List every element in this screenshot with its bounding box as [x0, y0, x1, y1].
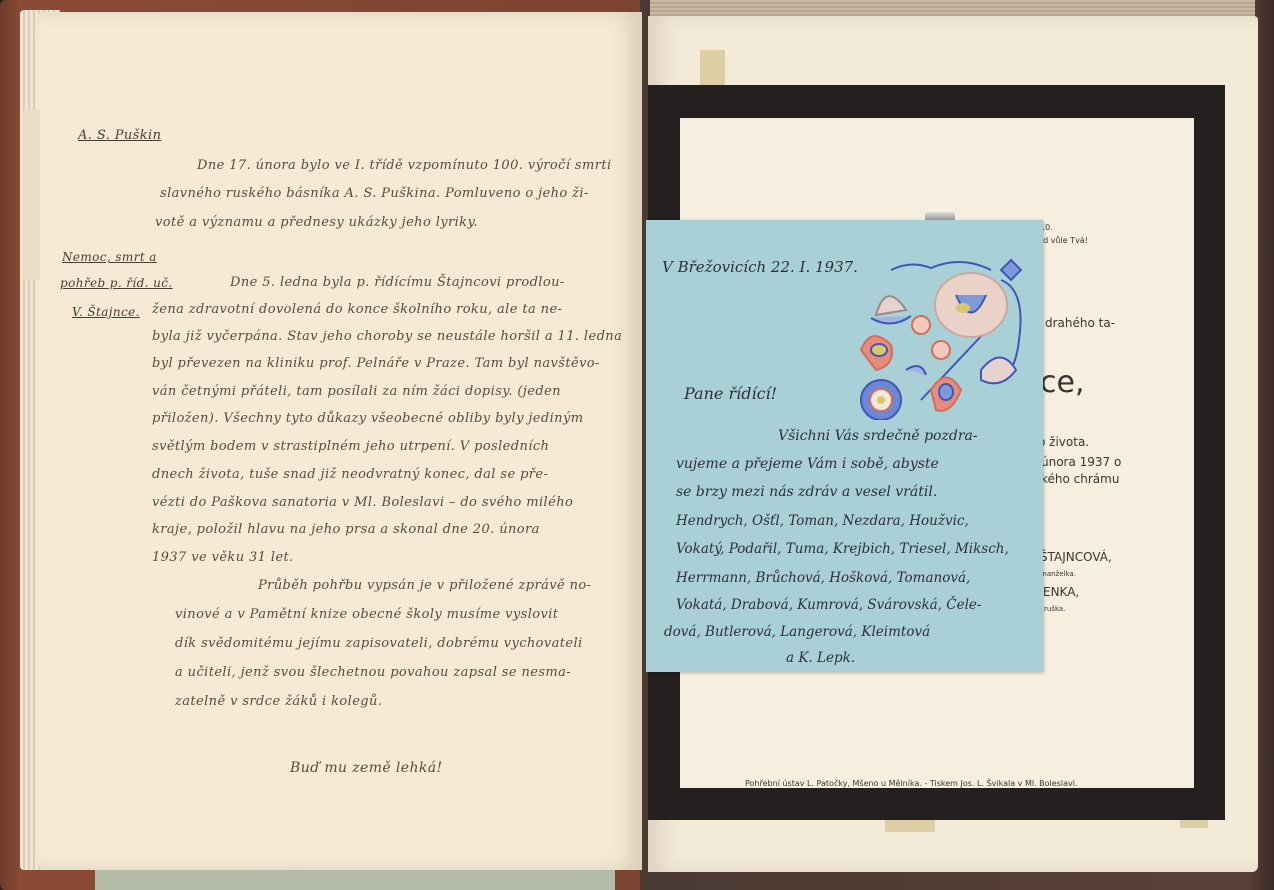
- letter-body-line: vujeme a přejeme Vám i sobě, abyste: [676, 456, 939, 472]
- obituary-fragment: ud vůle Tvá!: [1038, 236, 1088, 245]
- letter-salutation: Pane řídící!: [684, 384, 777, 403]
- obituary-fragment: ENKA,: [1043, 585, 1079, 599]
- paragraph1-line: votě a významu a přednesy ukázky jeho ly…: [155, 215, 478, 230]
- letter-body-line: se brzy mezi nás zdráv a vesel vrátil.: [676, 484, 937, 500]
- inserted-paper-edge: [95, 870, 615, 890]
- tape-strip: [700, 50, 725, 86]
- signature-line: a K. Lepk.: [786, 650, 855, 666]
- paragraph3-line: vinové a v Pamětní knize obecné školy mu…: [175, 607, 558, 622]
- letter-body-line: Všichni Vás srdečně pozdra-: [778, 428, 978, 444]
- margin-note-line: V. Štajnce.: [72, 305, 140, 319]
- obituary-fragment: o života.: [1038, 435, 1089, 449]
- paragraph2-line: byl převezen na kliniku prof. Pelnáře v …: [152, 356, 600, 371]
- paragraph2-line: vézti do Paškova sanatoria v Ml. Bolesla…: [152, 495, 573, 510]
- obituary-fragment: ruška.: [1044, 605, 1065, 613]
- printer-credit: Pohřební ústav L. Patočky, Mšeno u Mělní…: [745, 779, 1077, 788]
- paragraph3-line: zatelně v srdce žáků i kolegů.: [175, 694, 382, 709]
- paragraph2-line: 1937 ve věku 31 let.: [152, 550, 294, 565]
- section-heading: A. S. Puškin: [78, 128, 161, 143]
- paragraph3-line: Průběh pohřbu vypsán je v přiložené zprá…: [258, 578, 591, 593]
- margin-note-line: Nemoc, smrt a: [62, 250, 157, 264]
- paragraph2-line: ván četnými přáteli, tam posílali za ním…: [152, 384, 561, 399]
- signature-line: dová, Butlerová, Langerová, Kleimtová: [664, 624, 930, 640]
- letter-place-date: V Břežovicích 22. I. 1937.: [662, 258, 858, 276]
- paragraph2-line: byla již vyčerpána. Stav jeho choroby se…: [152, 329, 622, 344]
- obituary-fragment: drahého ta-: [1045, 316, 1115, 330]
- get-well-letter: V Břežovicích 22. I. 1937. Pane řídící!: [646, 220, 1043, 672]
- paragraph1-line: Dne 17. února bylo ve I. třídě vzpomínut…: [197, 158, 612, 173]
- paragraph2-line: Dne 5. ledna byla p. řídícímu Štajncovi …: [230, 275, 565, 290]
- obituary-fragment: února 1937 o: [1041, 455, 1121, 469]
- margin-note-line: pohřeb p. říd. uč.: [60, 276, 173, 290]
- paragraph3-line: a učiteli, jenž svou šlechetnou povahou …: [175, 665, 571, 680]
- paragraph2-line: světlým bodem v strastiplném jeho utrpen…: [152, 439, 549, 454]
- signature-line: Hendrych, Ošťl, Toman, Nezdara, Houžvic,: [676, 513, 969, 529]
- signature-line: Vokatá, Drabová, Kumrová, Svárovská, Čel…: [676, 597, 981, 613]
- paragraph2-line: kraje, položil hlavu na jeho prsa a skon…: [152, 522, 540, 537]
- paragraph2-line: žena zdravotní dovolená do konce školníh…: [152, 302, 562, 317]
- paragraph2-line: přiložen). Všechny tyto důkazy všeobecné…: [152, 411, 583, 426]
- obituary-fragment: manželka.: [1040, 570, 1076, 578]
- paragraph2-line: dnech života, tuše snad již neodvratný k…: [152, 467, 548, 482]
- obituary-fragment: ŠTAJNCOVÁ,: [1040, 550, 1112, 564]
- floral-ornament-icon: [851, 250, 1041, 420]
- paragraph1-line: slavného ruského básníka A. S. Puškina. …: [160, 186, 589, 201]
- signature-line: Vokatý, Podařil, Tuma, Krejbich, Triesel…: [676, 541, 1009, 557]
- paragraph3-line: dík svědomitému jejímu zapisovateli, dob…: [175, 636, 583, 651]
- obituary-fragment: kého chrámu: [1041, 472, 1119, 486]
- closing-line: Buď mu země lehká!: [290, 760, 443, 776]
- obituary-fragment: ce,: [1040, 365, 1085, 400]
- signature-line: Herrmann, Brůchová, Hošková, Tomanová,: [676, 570, 970, 586]
- tape-strip: [885, 818, 935, 832]
- page-tab: [22, 110, 40, 280]
